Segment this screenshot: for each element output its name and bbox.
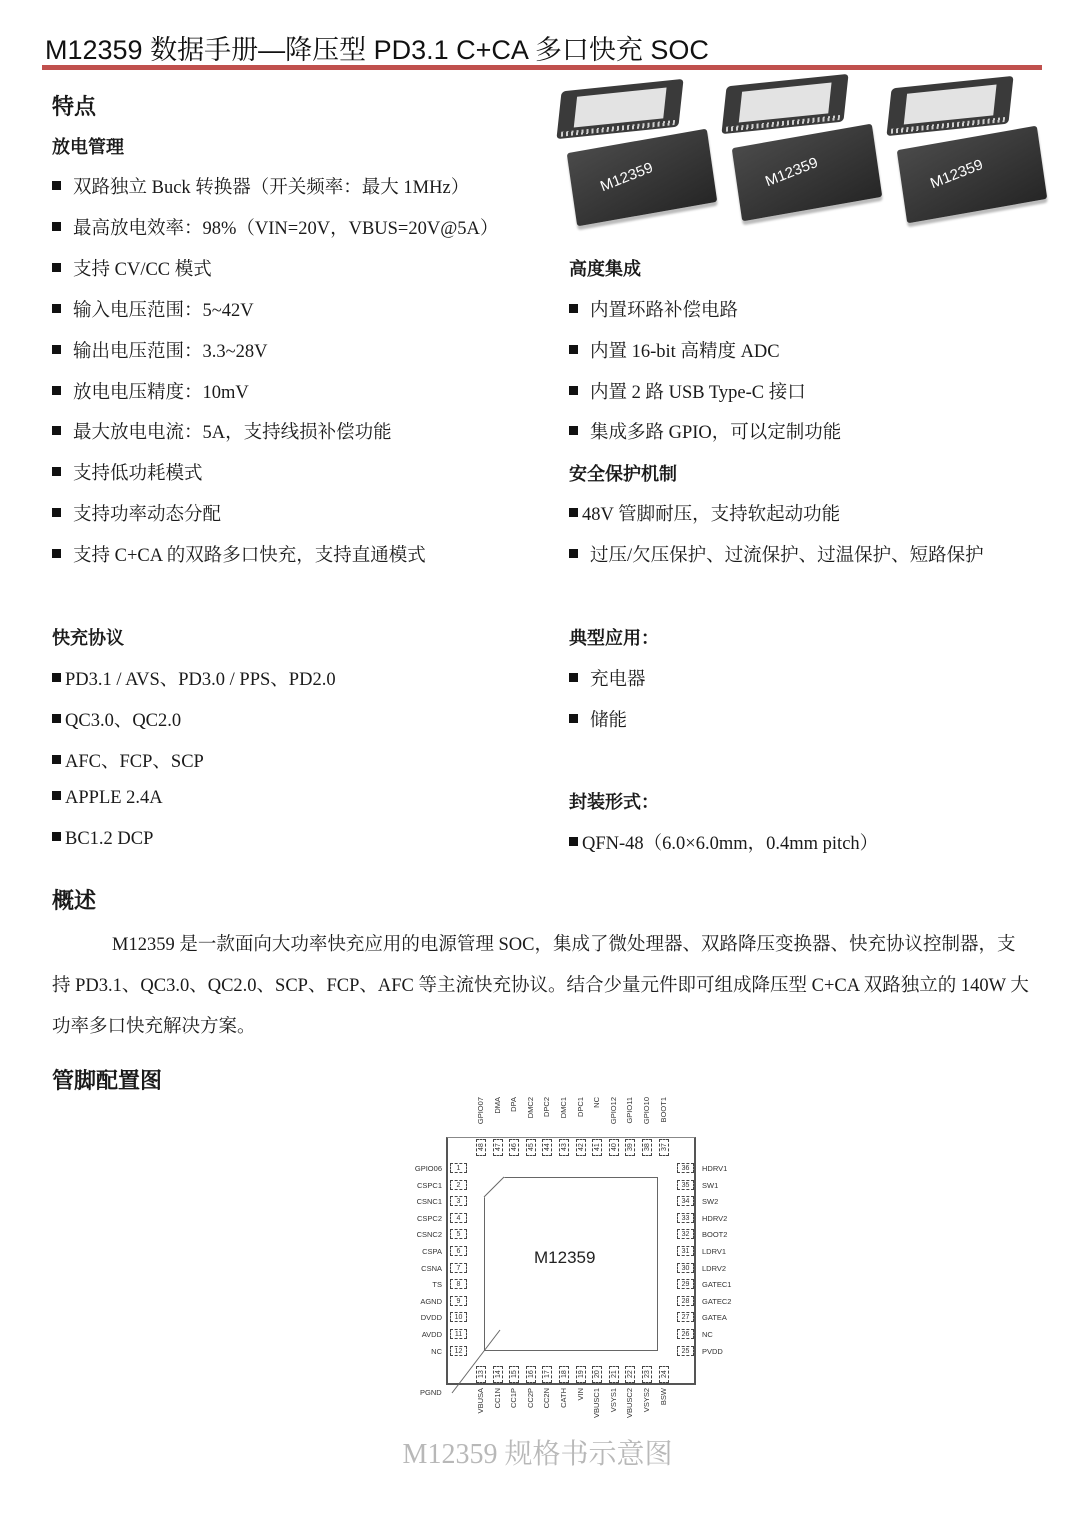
list-item: 支持功率动态分配	[52, 500, 221, 526]
bullet-icon	[52, 673, 61, 682]
bullet-icon	[52, 345, 61, 354]
pin-label: CSPC2	[417, 1214, 442, 1223]
list-item: 双路独立 Buck 转换器（开关频率：最大 1MHz）	[52, 173, 469, 199]
pin-pad: 7	[450, 1263, 467, 1273]
pin-pad: 22	[625, 1366, 635, 1383]
pin-label: DPC1	[576, 1097, 585, 1117]
chip-image: M12359	[550, 80, 700, 230]
pin-pad: 21	[609, 1366, 619, 1383]
bullet-icon	[52, 386, 61, 395]
pin-pad: 3	[450, 1196, 467, 1206]
bullet-icon	[569, 673, 578, 682]
pin-label: LDRV2	[702, 1264, 726, 1273]
pin-label: CSNC1	[417, 1197, 442, 1206]
pin-label: SW1	[702, 1181, 718, 1190]
pin-pad: 19	[576, 1366, 586, 1383]
package-heading: 封装形式：	[569, 788, 659, 814]
bullet-icon	[52, 181, 61, 190]
pin-label: VIN	[576, 1388, 585, 1401]
pin-pad: 14	[493, 1366, 503, 1383]
pin-pad: 42	[576, 1139, 586, 1156]
pin-pad: 1	[450, 1163, 467, 1173]
pin-pad: 27	[677, 1312, 694, 1322]
chip-label: M12359	[534, 1248, 595, 1268]
bullet-icon	[569, 345, 578, 354]
title-rule	[42, 65, 1042, 70]
applications-heading: 典型应用：	[569, 624, 659, 650]
pin-label: GPIO07	[476, 1097, 485, 1124]
list-item: 支持低功耗模式	[52, 459, 203, 485]
bullet-icon	[569, 386, 578, 395]
chip-marking: M12359	[763, 154, 820, 190]
pin-label: VBUSA	[476, 1388, 485, 1413]
pin-pad: 5	[450, 1229, 467, 1239]
pin-pad: 47	[493, 1139, 503, 1156]
pin-label: NC	[592, 1097, 601, 1108]
protocols-heading: 快充协议	[52, 624, 124, 650]
pin-label: DMA	[493, 1097, 502, 1114]
pin-pad: 44	[542, 1139, 552, 1156]
pin-label: GATEC1	[702, 1280, 731, 1289]
list-item: 过压/欠压保护、过流保护、过温保护、短路保护	[569, 541, 984, 567]
pin-label: CATH	[559, 1388, 568, 1408]
pin-pad: 24	[659, 1366, 669, 1383]
pin-label: DMC1	[559, 1097, 568, 1118]
pin-label: TS	[432, 1280, 442, 1289]
pin-label: GATEA	[702, 1313, 727, 1322]
pin-pad: 40	[609, 1139, 619, 1156]
pin-pad: 23	[642, 1366, 652, 1383]
list-item: BC1.2 DCP	[52, 829, 153, 850]
pin-pad: 37	[659, 1139, 669, 1156]
pin-label: AVDD	[422, 1330, 442, 1339]
pin-pad: 28	[677, 1296, 694, 1306]
bullet-icon	[52, 304, 61, 313]
bullet-icon	[569, 837, 578, 846]
overview-heading: 概述	[52, 884, 96, 915]
pin-label: CSPA	[422, 1247, 442, 1256]
pin-label: DVDD	[421, 1313, 442, 1322]
pin-pad: 39	[625, 1139, 635, 1156]
pin-pad: 29	[677, 1279, 694, 1289]
pin-pad: 46	[509, 1139, 519, 1156]
pin-label: DPA	[509, 1097, 518, 1112]
pin-label: BOOT2	[702, 1230, 727, 1239]
list-item: 内置 2 路 USB Type-C 接口	[569, 378, 806, 404]
pin-pad: 20	[592, 1366, 602, 1383]
features-heading: 特点	[52, 90, 96, 121]
list-item: AFC、FCP、SCP	[52, 747, 204, 773]
pin-label: CC1N	[493, 1388, 502, 1408]
list-item: 最大放电电流：5A，支持线损补偿功能	[52, 418, 392, 444]
pin-pad: 26	[677, 1329, 694, 1339]
list-item: 支持 C+CA 的双路多口快充，支持直通模式	[52, 541, 426, 567]
pin-pad: 17	[542, 1366, 552, 1383]
pin-pad: 6	[450, 1246, 467, 1256]
bullet-icon	[52, 426, 61, 435]
pin-label: PVDD	[702, 1347, 723, 1356]
list-item: 充电器	[569, 665, 646, 691]
pgnd-label: PGND	[420, 1388, 442, 1397]
pin-pad: 18	[559, 1366, 569, 1383]
pin-pad: 48	[476, 1139, 486, 1156]
bullet-icon	[52, 549, 61, 558]
bullet-icon	[569, 426, 578, 435]
pin-pad: 2	[450, 1180, 467, 1190]
bullet-icon	[569, 304, 578, 313]
pin-pad: 4	[450, 1213, 467, 1223]
bullet-icon	[52, 222, 61, 231]
pin-label: NC	[431, 1347, 442, 1356]
discharge-heading: 放电管理	[52, 133, 124, 159]
bullet-icon	[52, 755, 61, 764]
bullet-icon	[52, 467, 61, 476]
pin-label: NC	[702, 1330, 713, 1339]
list-item: 储能	[569, 706, 627, 732]
pin-label: HDRV2	[702, 1214, 727, 1223]
bullet-icon	[569, 714, 578, 723]
pin-pad: 11	[450, 1329, 467, 1339]
pin-label: BSW	[659, 1388, 668, 1405]
list-item: 内置环路补偿电路	[569, 296, 738, 322]
bullet-icon	[52, 714, 61, 723]
pin-pad: 41	[592, 1139, 602, 1156]
bullet-icon	[569, 549, 578, 558]
pin-label: DPC2	[542, 1097, 551, 1117]
pin-pad: 32	[677, 1229, 694, 1239]
chip-product-images: M12359 M12359 M12359	[545, 80, 1050, 240]
pin-pad: 30	[677, 1263, 694, 1273]
pin-label: VSYS2	[642, 1388, 651, 1412]
pin-label: AGND	[420, 1297, 442, 1306]
pinout-heading: 管脚配置图	[52, 1064, 162, 1095]
bullet-icon	[52, 508, 61, 517]
pin-pad: 12	[450, 1346, 467, 1356]
bullet-icon	[52, 263, 61, 272]
list-item: 支持 CV/CC 模式	[52, 255, 212, 281]
pin-label: VSYS1	[609, 1388, 618, 1412]
list-item: 输入电压范围：5~42V	[52, 296, 254, 322]
pin-pad: 9	[450, 1296, 467, 1306]
list-item: 集成多路 GPIO，可以定制功能	[569, 418, 841, 444]
pin-diagram: M12359 PGND 1GPIO062CSPC13CSNC14CSPC25CS…	[400, 1095, 740, 1425]
list-item: QFN-48（6.0×6.0mm，0.4mm pitch）	[569, 829, 878, 855]
list-item: 内置 16-bit 高精度 ADC	[569, 337, 780, 363]
bullet-icon	[52, 832, 61, 841]
pin-label: CC2N	[542, 1388, 551, 1408]
pin-pad: 34	[677, 1196, 694, 1206]
pin-label: HDRV1	[702, 1164, 727, 1173]
pin-label: VBUSC2	[625, 1388, 634, 1418]
pin-label: SW2	[702, 1197, 718, 1206]
pin-label: CC1P	[509, 1388, 518, 1408]
pin-pad: 31	[677, 1246, 694, 1256]
list-item: PD3.1 / AVS、PD3.0 / PPS、PD2.0	[52, 665, 336, 691]
pin-pad: 33	[677, 1213, 694, 1223]
pin-pad: 10	[450, 1312, 467, 1322]
pin-label: CSNA	[421, 1264, 442, 1273]
integration-heading: 高度集成	[569, 255, 641, 281]
overview-paragraph: M12359 是一款面向大功率快充应用的电源管理 SOC，集成了微处理器、双路降…	[52, 925, 1032, 1048]
pin-pad: 43	[559, 1139, 569, 1156]
pin-pad: 38	[642, 1139, 652, 1156]
pin-label: GPIO11	[625, 1097, 634, 1124]
chip-image: M12359	[880, 77, 1030, 227]
list-item: 最高放电效率：98%（VIN=20V，VBUS=20V@5A）	[52, 214, 498, 240]
list-item: 输出电压范围：3.3~28V	[52, 337, 268, 363]
pin-label: GPIO10	[642, 1097, 651, 1124]
pin-label: CC2P	[526, 1388, 535, 1408]
chip-marking: M12359	[598, 159, 655, 195]
list-item: 48V 管脚耐压，支持软起动功能	[569, 500, 840, 526]
pin-label: GATEC2	[702, 1297, 731, 1306]
bullet-icon	[569, 508, 578, 517]
list-item: APPLE 2.4A	[52, 788, 163, 809]
pin-pad: 45	[526, 1139, 536, 1156]
pin-pad: 15	[509, 1366, 519, 1383]
pin-pad: 35	[677, 1180, 694, 1190]
figure-caption: M12359 规格书示意图	[0, 1432, 1075, 1472]
pin-label: CSNC2	[417, 1230, 442, 1239]
pin-pad: 16	[526, 1366, 536, 1383]
pin-label: LDRV1	[702, 1247, 726, 1256]
chip-image: M12359	[715, 75, 865, 225]
protection-heading: 安全保护机制	[569, 460, 677, 486]
bullet-icon	[52, 791, 61, 800]
list-item: 放电电压精度：10mV	[52, 378, 249, 404]
pin-label: GPIO06	[415, 1164, 442, 1173]
list-item: QC3.0、QC2.0	[52, 706, 181, 732]
pin-pad: 36	[677, 1163, 694, 1173]
pin-pad: 8	[450, 1279, 467, 1289]
pin-label: CSPC1	[417, 1181, 442, 1190]
pin-label: GPIO12	[609, 1097, 618, 1124]
pin-label: DMC2	[526, 1097, 535, 1118]
document-title: M12359 数据手册—降压型 PD3.1 C+CA 多口快充 SOC	[45, 28, 709, 67]
pin-pad: 13	[476, 1366, 486, 1383]
pin-label: BOOT1	[659, 1097, 668, 1122]
pin-label: VBUSC1	[592, 1388, 601, 1418]
chip-marking: M12359	[928, 156, 985, 192]
pin-pad: 25	[677, 1346, 694, 1356]
